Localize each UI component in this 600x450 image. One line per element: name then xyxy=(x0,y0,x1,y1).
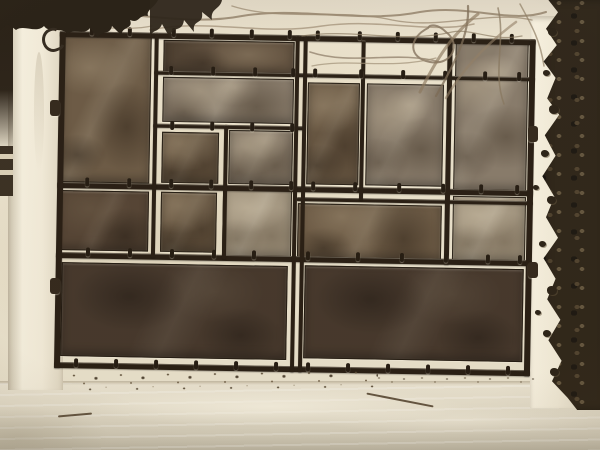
photograph-metal-gate: Sepia-toned photograph of a closed doubl… xyxy=(0,0,600,450)
gate-bolt xyxy=(114,359,118,368)
gate-bolt xyxy=(74,358,78,367)
ivy-leaf xyxy=(549,105,559,114)
gate-bolt xyxy=(86,247,90,256)
gate-bolt xyxy=(441,184,445,193)
gate-panel-left-mid-a xyxy=(57,190,149,252)
gate-bolt xyxy=(515,185,519,194)
gate-bolt xyxy=(289,181,293,190)
gate-panel-left-mid-c xyxy=(222,187,292,258)
ivy-leaf xyxy=(547,286,557,295)
gate-bolt xyxy=(209,180,213,189)
gate-panel-left-mid-b xyxy=(160,192,217,253)
gate-bolt xyxy=(353,182,357,191)
gate-bolt xyxy=(306,251,310,260)
left-edge-fence-fragment xyxy=(0,146,13,196)
gate-bolt xyxy=(252,250,256,259)
debris-at-gate-base xyxy=(66,366,378,393)
gate-bolt xyxy=(311,181,315,190)
gate-bolt xyxy=(426,364,430,373)
gate-bolt xyxy=(154,360,158,369)
gate-hinge xyxy=(528,126,538,142)
gate-bolt xyxy=(356,252,360,261)
ivy-leaf xyxy=(535,310,541,315)
gate-panel-right-mid-b xyxy=(452,196,526,262)
fence-fragment-gap xyxy=(0,154,13,159)
ivy-leaf xyxy=(547,196,556,204)
ivy-leaf xyxy=(543,70,550,76)
gate-bolt xyxy=(479,184,483,193)
gate-bolt xyxy=(249,180,253,189)
ivy-leaf xyxy=(550,368,559,376)
shrubbery-top-left xyxy=(0,0,600,140)
gate-bolt xyxy=(85,177,89,186)
gate-bolt xyxy=(127,178,131,187)
gate-bolt xyxy=(518,255,522,264)
gate-bolt xyxy=(397,183,401,192)
gate-bolt xyxy=(169,179,173,188)
ivy-leaf xyxy=(541,150,549,157)
gate-bolt xyxy=(386,364,390,373)
fence-fragment-gap xyxy=(0,170,13,175)
gate-hinge xyxy=(528,262,538,278)
gate-bolt xyxy=(444,254,448,263)
gate-hinge xyxy=(50,278,60,294)
gate-bolt xyxy=(466,365,470,374)
gate-panel-right-bottom xyxy=(303,265,524,362)
ivy-leaf xyxy=(539,241,546,247)
gate-bolt xyxy=(486,254,490,263)
ivy-leaf xyxy=(533,185,539,190)
debris-scatter-right xyxy=(370,374,540,386)
gate-bolt xyxy=(128,248,132,257)
gate-bolt xyxy=(170,249,174,258)
gate-hinge xyxy=(50,100,60,116)
ivy-leaf xyxy=(548,28,557,36)
gate-bolt xyxy=(400,253,404,262)
ivy-leaf xyxy=(543,330,551,337)
gate-bolt xyxy=(212,250,216,259)
gate-panel-right-mid-a xyxy=(297,203,442,261)
gate-panel-left-bottom xyxy=(60,262,288,360)
